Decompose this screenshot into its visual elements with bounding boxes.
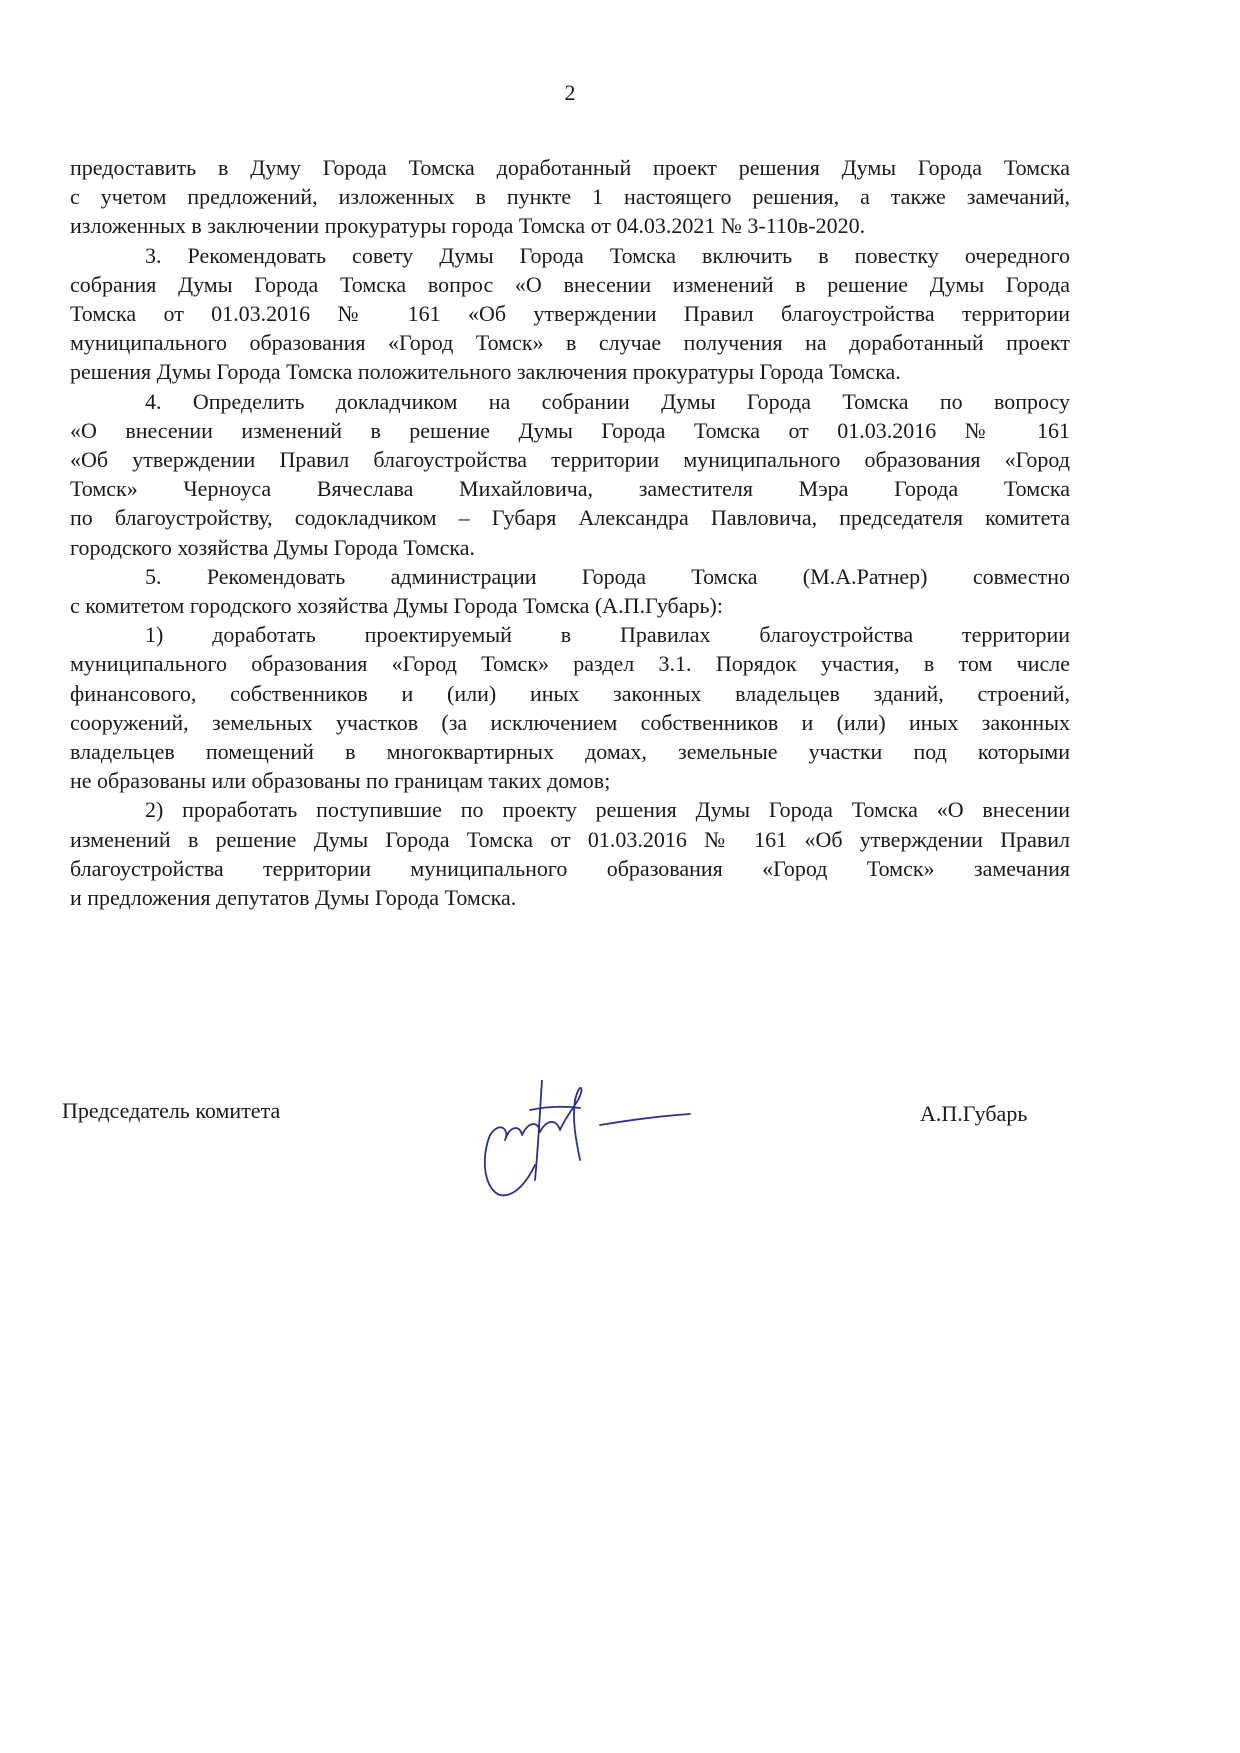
signature-position-label: Председатель комитета [62,1097,280,1125]
body-text-line: финансового, собственников и (или) иных … [70,680,1070,708]
body-text-line: решения Думы Города Томска положительног… [70,358,1070,386]
page-number: 2 [0,80,1140,106]
signer-name: А.П.Губарь [920,1100,1027,1128]
body-text-line: и предложения депутатов Думы Города Томс… [70,884,1070,912]
body-text-line: с учетом предложений, изложенных в пункт… [70,183,1070,211]
body-text-line: «Об утверждении Правил благоустройства т… [70,446,1070,474]
handwritten-signature-icon [480,1080,750,1200]
body-text-line: Томска от 01.03.2016 № 161 «Об утвержден… [70,300,1070,328]
document-page: 2 предоставить в Думу Города Томска дора… [0,0,1240,1753]
body-text-line: не образованы или образованы по границам… [70,767,1070,795]
body-text-line: Томск» Черноуса Вячеслава Михайловича, з… [70,475,1070,503]
body-text-line: муниципального образования «Город Томск»… [70,650,1070,678]
body-text-line: 5. Рекомендовать администрации Города То… [145,563,1070,591]
body-text-line: изложенных в заключении прокуратуры горо… [70,212,1070,240]
body-text-line: благоустройства территории муниципальног… [70,855,1070,883]
body-text-line: с комитетом городского хозяйства Думы Го… [70,592,1070,620]
body-text-line: 1) доработать проектируемый в Правилах б… [145,621,1070,649]
body-text-line: изменений в решение Думы Города Томска о… [70,826,1070,854]
body-text-line: собрания Думы Города Томска вопрос «О вн… [70,271,1070,299]
body-text-line: «О внесении изменений в решение Думы Гор… [70,417,1070,445]
body-text-line: городского хозяйства Думы Города Томска. [70,534,1070,562]
body-text-line: 2) проработать поступившие по проекту ре… [145,796,1070,824]
body-text-line: муниципального образования «Город Томск»… [70,329,1070,357]
body-text-line: по благоустройству, содокладчиком – Губа… [70,504,1070,532]
body-text-line: владельцев помещений в многоквартирных д… [70,738,1070,766]
body-text-line: сооружений, земельных участков (за исклю… [70,709,1070,737]
body-text-line: 3. Рекомендовать совету Думы Города Томс… [145,242,1070,270]
body-text-line: предоставить в Думу Города Томска дорабо… [70,154,1070,182]
body-text-line: 4. Определить докладчиком на собрании Ду… [145,388,1070,416]
